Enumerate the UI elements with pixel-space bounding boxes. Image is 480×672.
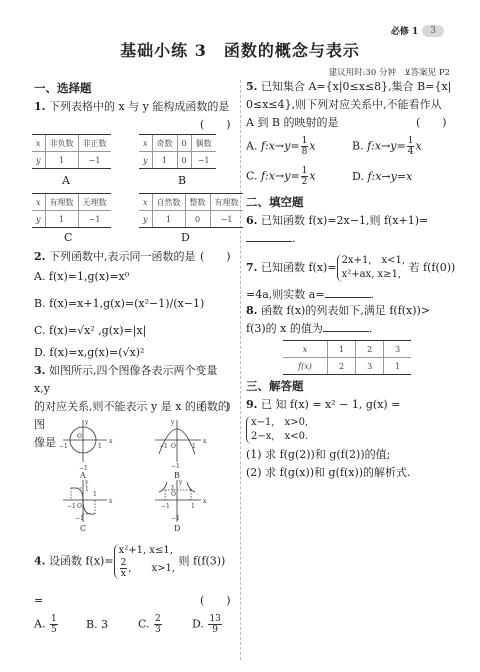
- question-6: 6. 已知函数 f(x)=2x−1,则 f(x+1)=: [246, 212, 428, 230]
- q5-option-b: B. f:x→y=14x: [352, 136, 422, 157]
- svg-text:1: 1: [93, 491, 97, 498]
- svg-text:C: C: [80, 524, 86, 533]
- q8-table: x123 f(x)231: [283, 340, 411, 375]
- q5-option-c: C. f:x→y=12x: [246, 166, 316, 187]
- q4-option-d: D. 139: [192, 614, 223, 635]
- q2-answer-paren: ( ): [200, 248, 231, 266]
- svg-text:D: D: [174, 524, 180, 533]
- svg-text:−1: −1: [171, 463, 180, 470]
- q2-option-a: A. f(x)=1,g(x)=x⁰: [34, 270, 129, 283]
- q1-text: 下列表格中的 x 与 y 能构成函数的是: [49, 100, 229, 113]
- svg-text:1: 1: [98, 443, 102, 450]
- svg-text:y: y: [84, 419, 89, 426]
- svg-text:−1: −1: [59, 443, 68, 450]
- q8-answer-blank[interactable]: [323, 321, 369, 332]
- svg-text:1: 1: [85, 486, 89, 493]
- question-8: 8. 函数 f(x)的列表如下,满足 f(f(x))> f(3)的 x 的值为.: [246, 302, 456, 338]
- svg-text:x: x: [109, 438, 113, 445]
- q1-option-b: B: [178, 174, 186, 187]
- page-title: 基础小练 3 函数的概念与表示: [0, 38, 480, 61]
- page-number: 3: [422, 25, 444, 37]
- q5-option-a: A. f:x→y=18x: [246, 136, 316, 157]
- q2-option-b: B. f(x)=x+1,g(x)=(x²−1)/(x−1): [34, 297, 204, 310]
- q2-option-c: C. f(x)=√x² ,g(x)=|x|: [34, 324, 146, 337]
- q1-option-c: C: [64, 231, 72, 244]
- q1-table-b: x奇数0偶数 y10−1: [139, 134, 216, 169]
- svg-text:−1: −1: [67, 503, 76, 510]
- svg-text:−1: −1: [159, 443, 168, 450]
- section-answer: 三、解答题: [246, 378, 304, 394]
- question-1: 1. 下列表格中的 x 与 y 能构成函数的是: [34, 98, 230, 116]
- q1-option-a: A: [62, 174, 70, 187]
- section-choice: 一、选择题: [34, 80, 92, 96]
- q1-answer-paren: ( ): [200, 116, 231, 134]
- svg-text:y: y: [178, 479, 183, 486]
- q4-option-a: A. 15: [34, 614, 59, 635]
- svg-text:O: O: [77, 433, 82, 440]
- q4-answer-paren: ( ): [200, 592, 231, 610]
- q4-option-b: B. 3: [86, 618, 108, 631]
- q3-answer-paren: ( ): [200, 398, 231, 416]
- q5-answer-paren: ( ): [416, 114, 447, 132]
- q4-equals: =: [34, 592, 43, 610]
- time-answer-note: 建议用时:30 分钟 ⊻答案见 P2: [329, 66, 450, 78]
- svg-text:1: 1: [171, 485, 175, 492]
- q3-graphs: O−11xy−1A O−11xy−1B O−11xy1−1C O−11xy1−1…: [55, 418, 225, 533]
- svg-text:−1: −1: [161, 503, 170, 510]
- svg-text:y: y: [84, 479, 89, 486]
- svg-text:x: x: [203, 498, 207, 505]
- question-7: 7. 已知函数 f(x)=2x+1, x<1,x²+ax, x≥1, 若 f(f…: [246, 254, 455, 282]
- question-2: 2. 下列函数中,表示同一函数的是: [34, 248, 195, 266]
- svg-text:1: 1: [191, 503, 195, 510]
- q4-option-c: C. 23: [138, 614, 163, 635]
- svg-text:x: x: [109, 498, 113, 505]
- svg-text:1: 1: [192, 443, 196, 450]
- svg-text:x: x: [203, 438, 207, 445]
- svg-text:−1: −1: [75, 515, 84, 522]
- q1-table-d: x自然数整数有理数 y10−1: [139, 193, 243, 228]
- q6-answer-blank[interactable]: .: [246, 230, 296, 248]
- svg-text:O: O: [77, 503, 82, 510]
- svg-text:−1: −1: [171, 515, 180, 522]
- question-4: 4. 设函数 f(x)= x²+1, x≤1, 2x, x>1, 则 f(f(3…: [34, 544, 225, 579]
- q2-option-d: D. f(x)=x,g(x)=(√x)²: [34, 346, 144, 359]
- q1-option-d: D: [181, 231, 190, 244]
- q5-option-d: D. f:x→y=x: [352, 170, 412, 183]
- svg-text:O: O: [171, 491, 176, 498]
- q1-table-a: x非负数非正数 y1−1: [32, 134, 111, 169]
- svg-text:O: O: [171, 443, 176, 450]
- q1-table-c: x有理数无理数 y1−1: [32, 193, 111, 228]
- svg-text:y: y: [170, 419, 175, 426]
- section-fill: 二、填空题: [246, 194, 304, 210]
- q7-answer-blank[interactable]: [325, 287, 371, 298]
- book-tag: 必修 1 3: [391, 24, 444, 37]
- book-name: 必修 1: [391, 24, 418, 37]
- question-9: 9. 已 知 f(x) = x² − 1, g(x) = x−1, x>0,2−…: [246, 396, 456, 482]
- column-divider: [240, 80, 241, 660]
